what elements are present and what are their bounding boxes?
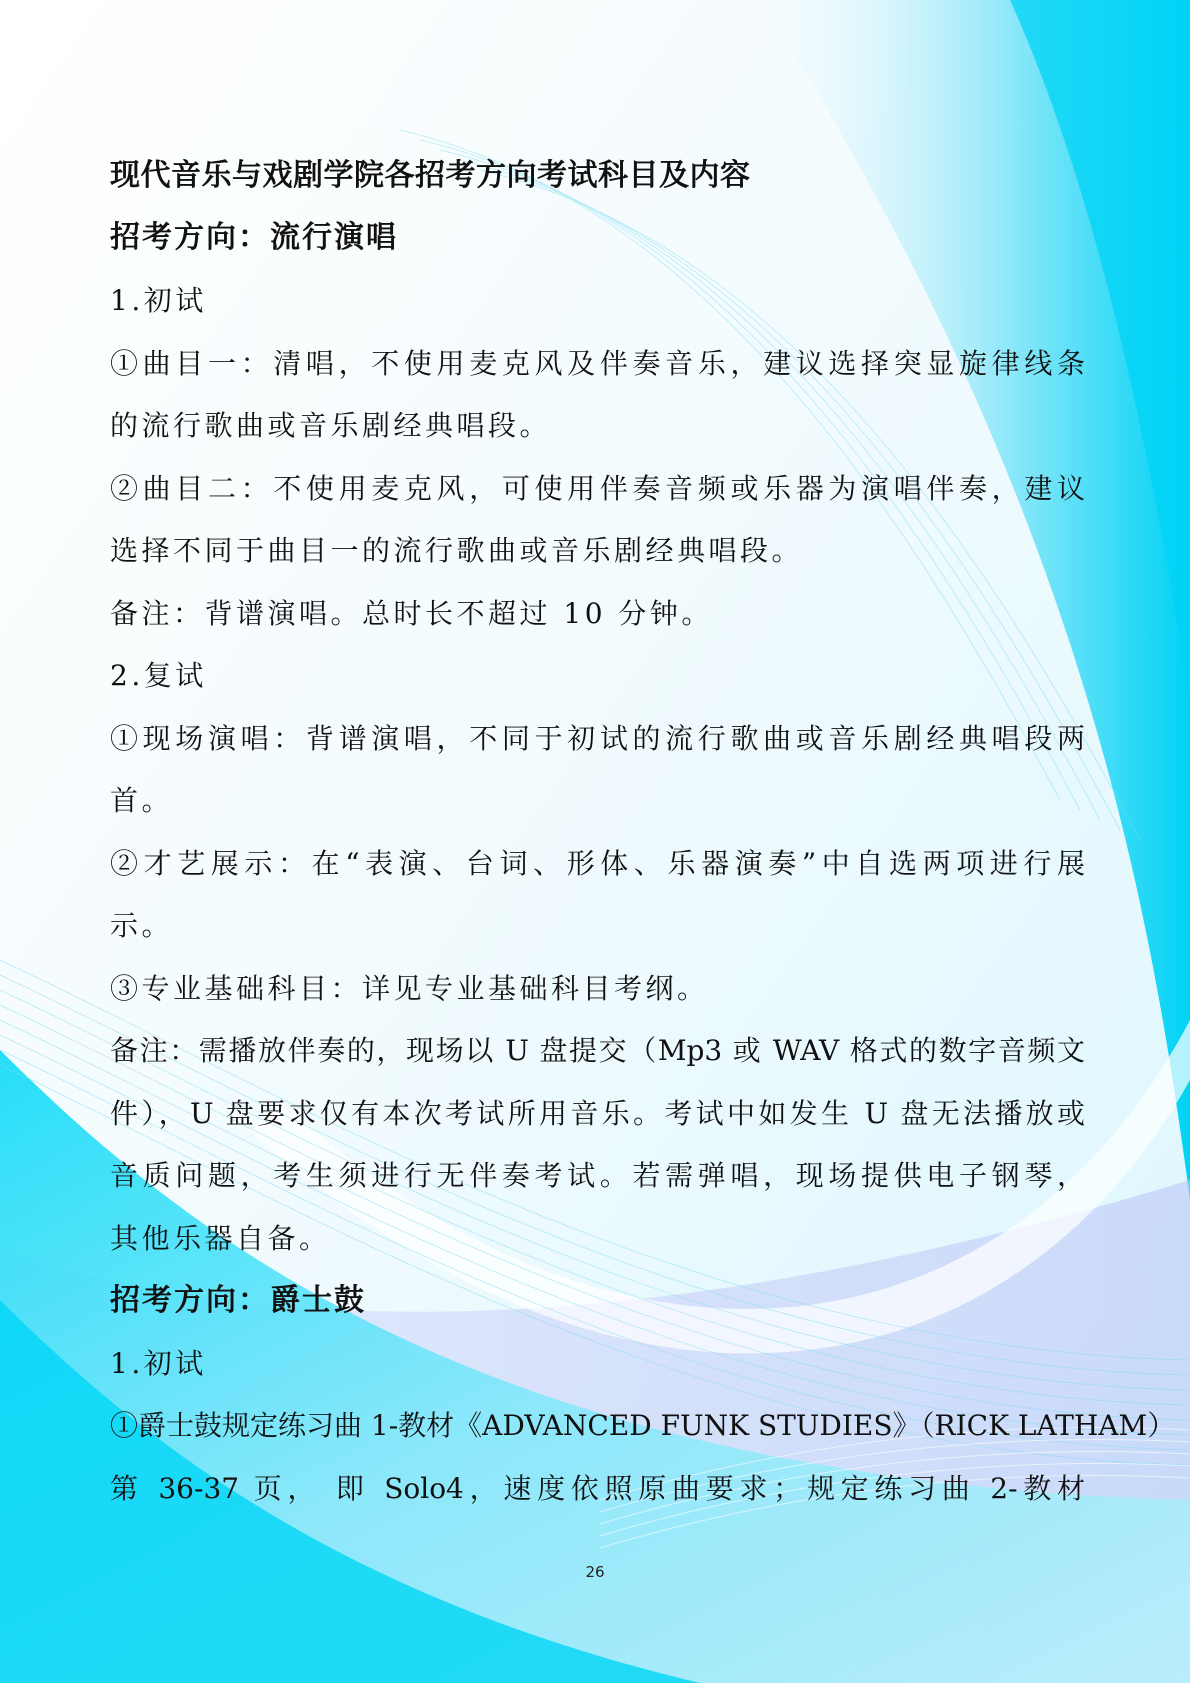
paragraph-line: 首。 [110,781,1085,821]
note-line: 备注：背谱演唱。总时长不超过 10 分钟。 [110,594,1085,634]
section-heading-jazz-drum: 招考方向：爵士鼓 [110,1281,1085,1321]
paragraph-line: ①现场演唱：背谱演唱，不同于初试的流行歌曲或音乐剧经典唱段两 [110,719,1085,759]
paragraph-line: ①曲目一：清唱，不使用麦克风及伴奏音乐，建议选择突显旋律线条 [110,344,1085,384]
page-title: 现代音乐与戏剧学院各招考方向考试科目及内容 [110,156,1085,196]
paragraph-line: ①爵士鼓规定练习曲 1-教材《ADVANCED FUNK STUDIES》（RI… [110,1406,1085,1446]
paragraph-line: 选择不同于曲目一的流行歌曲或音乐剧经典唱段。 [110,531,1085,571]
paragraph-line: 的流行歌曲或音乐剧经典唱段。 [110,406,1085,446]
prelim-label: 1.初试 [110,281,1085,321]
document-page: 现代音乐与戏剧学院各招考方向考试科目及内容 招考方向：流行演唱 1.初试 ①曲目… [0,0,1190,1683]
paragraph-line: ③专业基础科目：详见专业基础科目考纲。 [110,969,1085,1009]
section-heading-pop-vocal: 招考方向：流行演唱 [110,218,1085,258]
paragraph-line: 第 36-37 页， 即 Solo4，速度依照原曲要求；规定练习曲 2-教材 [110,1469,1085,1509]
note-line: 备注：需播放伴奏的，现场以 U 盘提交（Mp3 或 WAV 格式的数字音频文 [110,1031,1085,1071]
retest-label: 2.复试 [110,656,1085,696]
note-line: 其他乐器自备。 [110,1219,1085,1259]
page-number: 26 [575,1563,615,1581]
paragraph-line: ②曲目二：不使用麦克风，可使用伴奏音频或乐器为演唱伴奏，建议 [110,469,1085,509]
prelim-label: 1.初试 [110,1344,1085,1384]
note-line: 件），U 盘要求仅有本次考试所用音乐。考试中如发生 U 盘无法播放或 [110,1094,1085,1134]
note-line: 音质问题，考生须进行无伴奏考试。若需弹唱，现场提供电子钢琴， [110,1156,1085,1196]
paragraph-line: 示。 [110,906,1085,946]
paragraph-line: ②才艺展示：在“表演、台词、形体、乐器演奏”中自选两项进行展 [110,844,1085,884]
